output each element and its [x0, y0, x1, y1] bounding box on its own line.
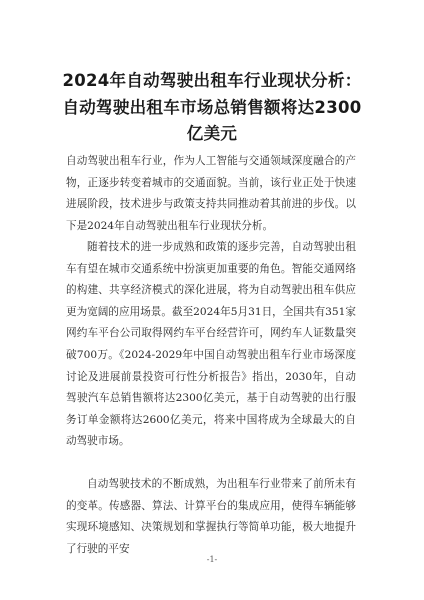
paragraph-market-outlook: 随着技术的进一步成熟和政策的逐步完善，自动驾驶出租车有望在城市交通系统中扮演更加… [66, 237, 356, 453]
page-number: -1- [0, 555, 424, 564]
paragraph-intro: 自动驾驶出租车行业，作为人工智能与交通领域深度融合的产物，正逐步转变着城市的交通… [66, 151, 356, 237]
document-page: 2024年自动驾驶出租车行业现状分析：自动驾驶出租车市场总销售额将达2300亿美… [0, 0, 424, 600]
document-title: 2024年自动驾驶出租车行业现状分析：自动驾驶出租车市场总销售额将达2300亿美… [60, 68, 364, 148]
paragraph-technology: 自动驾驶技术的不断成熟，为出租车行业带来了前所未有的变革。传感器、算法、计算平台… [66, 474, 356, 560]
